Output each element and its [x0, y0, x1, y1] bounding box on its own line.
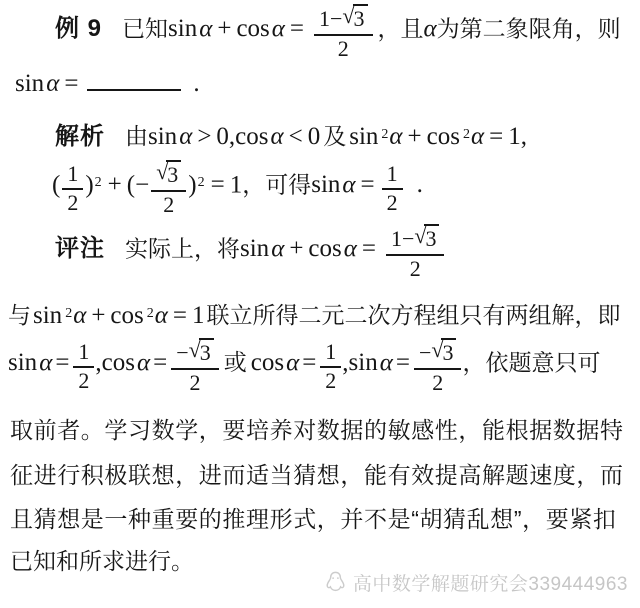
cn-text: 已知 — [122, 15, 168, 41]
math-equals: = — [59, 70, 83, 97]
cn-text: 取前者。学习数学，要培养对数据的敏感性，能根据数据特 — [10, 417, 624, 443]
line-problem-statement: 例 9已知sinα+cosα=1−√32，且α为第二象限角，则 — [55, 4, 621, 61]
fraction-numerator: 1−√3 — [386, 224, 445, 256]
math-alpha: α — [39, 349, 52, 376]
cn-text: ，且 — [378, 15, 424, 41]
example-label: 例 9 — [55, 15, 102, 42]
math-plus: + — [403, 123, 427, 150]
math-token: 1, — [508, 123, 527, 150]
fraction-numerator: 1−√3 — [314, 4, 373, 36]
fraction-1-minus-sqrt3-over-2: 1−√32 — [386, 224, 445, 281]
fraction-minus-sqrt3-over-2: −√32 — [171, 338, 219, 395]
math-alpha: α — [342, 171, 355, 198]
math-comma: , — [95, 349, 101, 376]
cn-text: 为第二象限角，则 — [437, 15, 621, 41]
cn-text: 或 — [220, 349, 251, 375]
math-token: 2 — [410, 256, 421, 281]
cn-text: 与 — [8, 302, 33, 328]
math-sin: sin — [168, 15, 199, 42]
math-rparen: ) — [85, 171, 93, 198]
fraction-1-over-2: 12 — [62, 162, 83, 216]
math-token: 0, — [216, 123, 235, 150]
math-alpha: α — [380, 349, 393, 376]
cn-text: 且猜想是一种重要的推理形式，并不是“胡猜乱想”，要紧扣 — [10, 506, 617, 532]
math-plus: + — [212, 15, 236, 42]
math-cos: cos — [102, 349, 137, 376]
sqrt-3: √3 — [342, 4, 367, 32]
math-superscript-2: 2 — [64, 306, 73, 321]
math-lparen-minus: (− — [127, 171, 149, 198]
math-sin: sin — [349, 123, 380, 150]
fraction-numerator: 1 — [73, 340, 94, 369]
line-answer-blank: sinα=. — [15, 70, 200, 98]
math-superscript-2: 2 — [94, 175, 103, 190]
math-token: 2 — [338, 36, 349, 61]
math-lparen: ( — [52, 171, 60, 198]
math-plus: + — [103, 171, 127, 198]
math-superscript-2: 2 — [462, 127, 471, 142]
math-period: . — [193, 70, 199, 97]
line-remark-5: 征进行积极联想，进而适当猜想，能有效提高解题速度，而 — [10, 457, 624, 490]
math-equals: = — [393, 349, 413, 376]
fraction-denominator: 2 — [387, 190, 398, 216]
fraction-numerator: √3 — [151, 160, 186, 192]
radicand: 3 — [353, 4, 368, 32]
math-sin: sin — [148, 123, 179, 150]
fraction-denominator: 2 — [67, 190, 78, 216]
math-token: 2 — [78, 368, 89, 393]
cn-text: ，依题意只可 — [462, 349, 600, 375]
math-equals: = — [299, 349, 319, 376]
math-alpha: α — [272, 15, 285, 42]
watermark-text: 高中数学解题研究会339444963 — [353, 569, 628, 596]
math-alpha: α — [155, 302, 168, 329]
math-token: 2 — [432, 370, 443, 395]
math-token: 1− — [391, 227, 414, 252]
math-greater: > — [192, 123, 216, 150]
fraction-numerator: −√3 — [414, 338, 462, 370]
line-remark-4: 取前者。学习数学，要培养对数据的敏感性，能根据数据特 — [10, 412, 624, 445]
math-token: 2 — [67, 190, 78, 215]
math-token: 1 — [387, 162, 398, 187]
math-cos: cos — [236, 15, 271, 42]
cn-text: ，可得 — [242, 171, 311, 197]
fraction-numerator: 1 — [382, 162, 403, 191]
math-sin: sin — [33, 302, 64, 329]
line-remark-7: 已知和所求进行。 — [10, 543, 194, 576]
math-token: 1 — [192, 302, 207, 329]
line-remark-2: 与sin2α+cos2α=1联立所得二元二次方程组只有两组解，即 — [8, 297, 620, 330]
fraction-denominator: 2 — [189, 370, 200, 396]
math-sin: sin — [8, 349, 39, 376]
math-cos: cos — [427, 123, 462, 150]
math-sin: sin — [15, 70, 46, 97]
fraction-numerator: 1 — [320, 340, 341, 369]
math-cos: cos — [308, 235, 343, 262]
cn-text: 实际上，将 — [125, 235, 240, 261]
math-equals: = — [150, 349, 170, 376]
math-equals: = — [484, 123, 508, 150]
cn-text: 联立所得二元二次方程组只有两组解，即 — [206, 302, 620, 328]
remark-label: 评注 — [55, 235, 105, 262]
math-comma: , — [342, 349, 348, 376]
analysis-label: 解析 — [55, 123, 105, 150]
math-equals: = — [357, 235, 381, 262]
math-alpha: α — [271, 235, 284, 262]
line-remark-3: sinα=12,cosα=−√32或cosα=12,sinα=−√32，依题意只… — [8, 338, 600, 395]
document-page: 例 9已知sinα+cosα=1−√32，且α为第二象限角，则 sinα=. 解… — [0, 0, 640, 608]
fraction-1-over-2: 12 — [320, 340, 341, 394]
math-token: 2 — [163, 192, 174, 217]
fraction-numerator: −√3 — [171, 338, 219, 370]
fraction-denominator: 2 — [410, 256, 421, 282]
math-alpha: α — [179, 123, 192, 150]
radicand: 3 — [166, 160, 181, 188]
math-token: 2 — [325, 368, 336, 393]
math-token: 1 — [67, 162, 78, 187]
math-cos: cos — [235, 123, 270, 150]
math-equals: = — [285, 15, 309, 42]
qq-penguin-icon — [323, 570, 348, 595]
fraction-sqrt3-over-2: √32 — [151, 160, 186, 217]
fraction-minus-sqrt3-over-2: −√32 — [414, 338, 462, 395]
math-cos: cos — [251, 349, 286, 376]
sqrt-3: √3 — [189, 338, 214, 366]
fraction-denominator: 2 — [163, 192, 174, 218]
sqrt-3: √3 — [156, 160, 181, 188]
math-equals: = — [52, 349, 72, 376]
math-alpha: α — [424, 15, 437, 42]
math-cos: cos — [110, 302, 145, 329]
sqrt-3: √3 — [431, 338, 456, 366]
cn-text: 征进行积极联想，进而适当猜想，能有效提高解题速度，而 — [10, 462, 624, 488]
math-rparen: ) — [188, 171, 196, 198]
math-token: 0 — [308, 123, 321, 150]
math-period: . — [417, 171, 423, 198]
math-token: 1 — [230, 171, 243, 198]
watermark: 高中数学解题研究会339444963 — [323, 569, 628, 596]
radicand: 3 — [441, 338, 456, 366]
fraction-denominator: 2 — [338, 36, 349, 62]
radicand: 3 — [199, 338, 214, 366]
answer-blank-underline — [87, 87, 181, 91]
math-token: 2 — [387, 190, 398, 215]
math-minus: − — [176, 341, 188, 366]
math-less: < — [284, 123, 308, 150]
math-alpha: α — [199, 15, 212, 42]
math-token: 1 — [78, 340, 89, 365]
math-minus: − — [419, 341, 431, 366]
math-sin: sin — [311, 171, 342, 198]
sqrt-3: √3 — [414, 224, 439, 252]
math-alpha: α — [46, 70, 59, 97]
math-sin: sin — [240, 235, 271, 262]
math-alpha: α — [271, 123, 284, 150]
math-alpha: α — [471, 123, 484, 150]
math-superscript-2: 2 — [146, 306, 155, 321]
cn-text: 及 — [320, 123, 349, 149]
fraction-denominator: 2 — [325, 368, 336, 394]
line-remark-1: 评注实际上，将sinα+cosα=1−√32 — [55, 224, 449, 281]
math-superscript-2: 2 — [197, 175, 206, 190]
fraction-denominator: 2 — [78, 368, 89, 394]
fraction-1-minus-sqrt3-over-2: 1−√32 — [314, 4, 373, 61]
math-sin: sin — [349, 349, 380, 376]
math-alpha: α — [137, 349, 150, 376]
math-token: 1− — [319, 7, 342, 32]
math-alpha: α — [344, 235, 357, 262]
fraction-numerator: 1 — [62, 162, 83, 191]
math-plus: + — [284, 235, 308, 262]
line-analysis-2: (12)2+(−√32)2=1，可得sinα=12. — [52, 160, 423, 217]
math-token: 1 — [325, 340, 336, 365]
fraction-1-over-2: 12 — [382, 162, 403, 216]
math-equals: = — [206, 171, 230, 198]
line-analysis-1: 解析由sinα>0,cosα<0及sin2α+cos2α=1, — [55, 116, 527, 151]
cn-text: 由 — [125, 123, 148, 149]
line-remark-6: 且猜想是一种重要的推理形式，并不是“胡猜乱想”，要紧扣 — [10, 501, 617, 534]
math-alpha: α — [73, 302, 86, 329]
math-equals: = — [356, 171, 380, 198]
cn-text: 已知和所求进行。 — [10, 548, 194, 574]
math-alpha: α — [389, 123, 402, 150]
fraction-1-over-2: 12 — [73, 340, 94, 394]
math-token: 2 — [189, 370, 200, 395]
fraction-denominator: 2 — [432, 370, 443, 396]
math-alpha: α — [286, 349, 299, 376]
radicand: 3 — [424, 224, 439, 252]
math-plus: + — [86, 302, 110, 329]
math-equals: = — [168, 302, 192, 329]
